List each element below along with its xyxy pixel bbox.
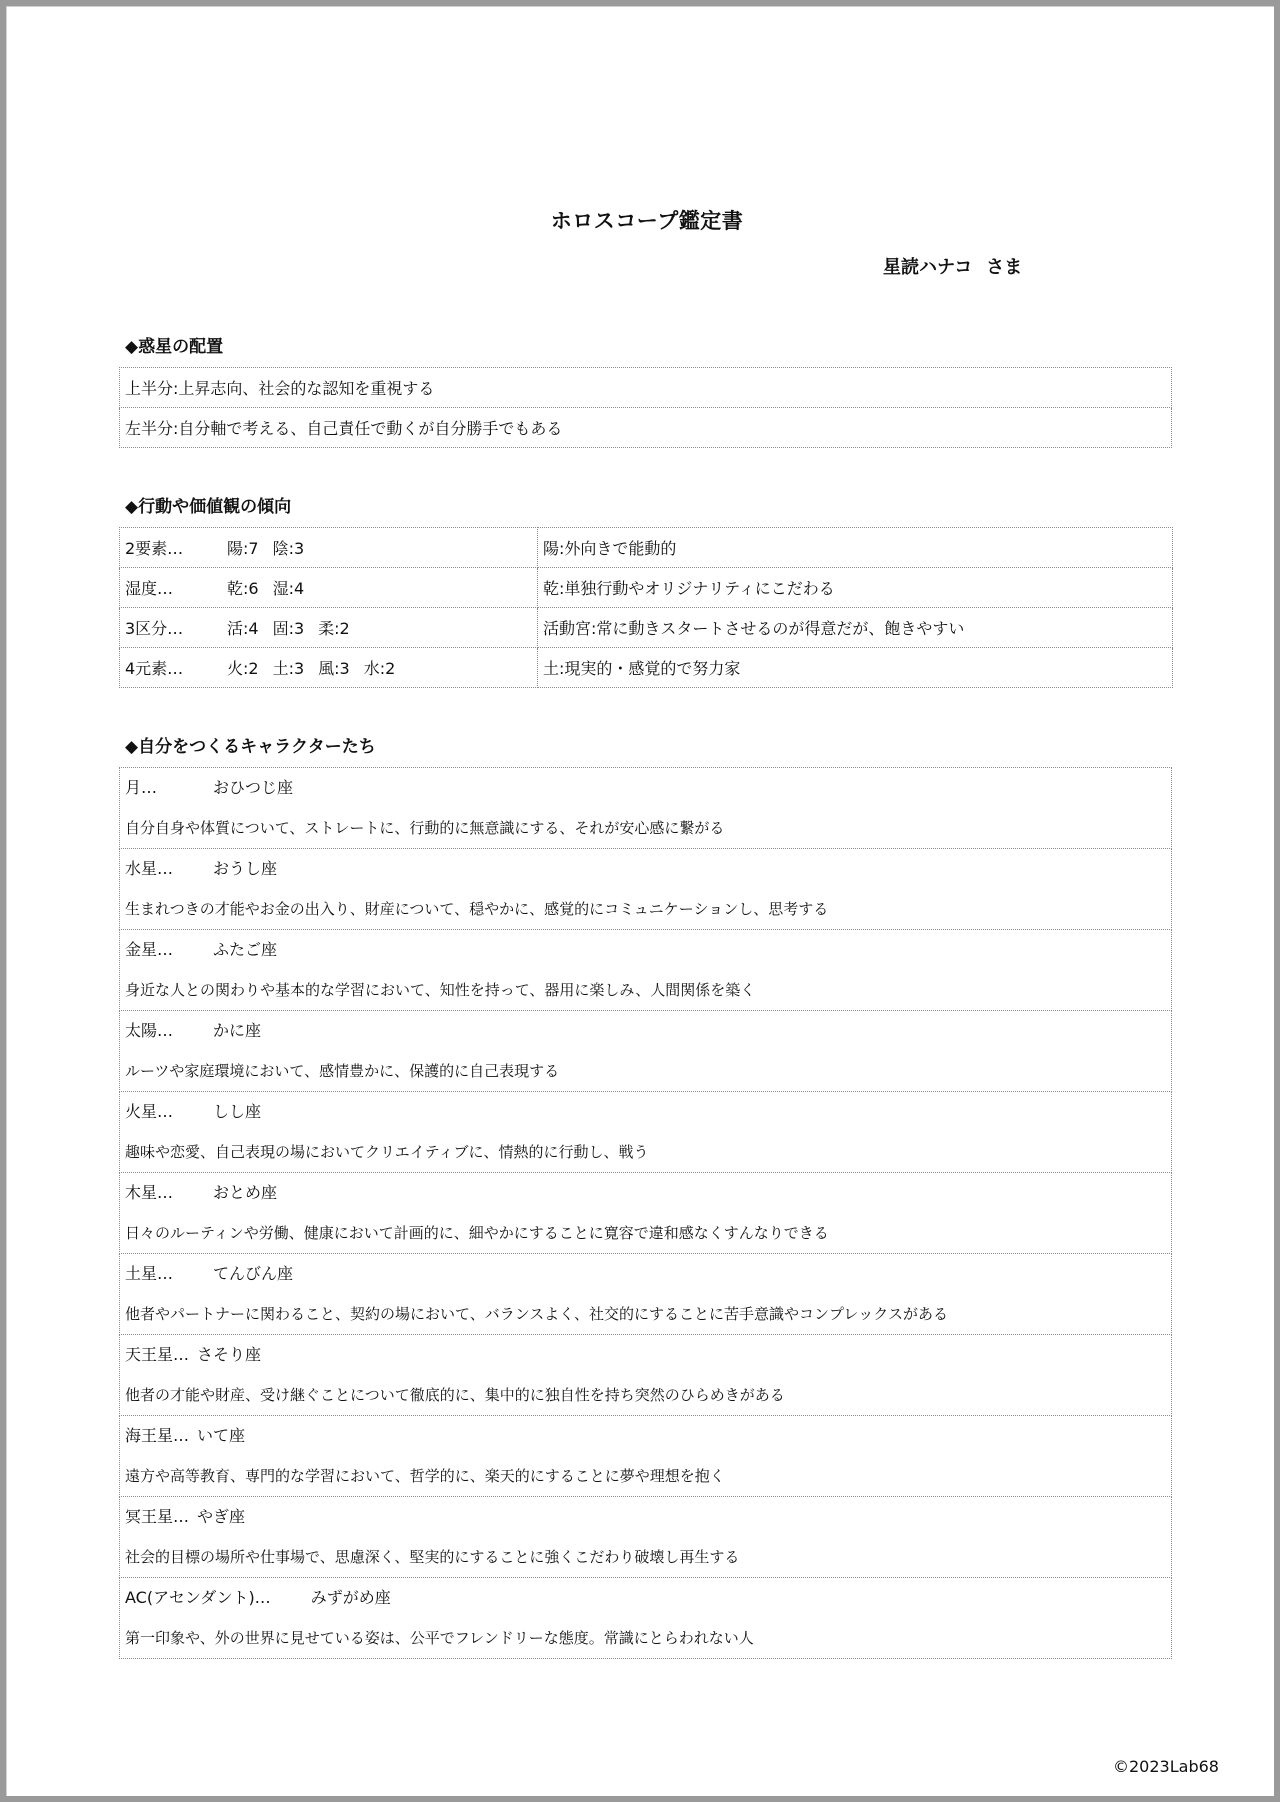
character-description: 社会的目標の場所や仕事場で、思慮深く、堅実的にすることに強くこだわり破壊し再生す…: [125, 1537, 1166, 1577]
tendency-description: 乾:単独行動やオリジナリティにこだわる: [538, 568, 1173, 608]
character-cell: 天王星…さそり座 他者の才能や財産、受け継ぐことについて徹底的に、集中的に独自性…: [120, 1335, 1172, 1416]
table-row: 土星…てんびん座 他者やパートナーに関わること、契約の場において、バランスよく、…: [120, 1254, 1172, 1335]
tendency-value: 固:3: [273, 619, 305, 638]
zodiac-sign: ふたご座: [213, 940, 277, 959]
zodiac-sign: てんびん座: [213, 1264, 293, 1283]
section-heading-tendencies: ◆行動や価値観の傾向: [125, 492, 291, 517]
planet-name: 木星…: [125, 1173, 213, 1213]
tendency-values-cell: 4元素…火:2土:3風:3水:2: [120, 648, 538, 688]
table-row: 冥王星…やぎ座 社会的目標の場所や仕事場で、思慮深く、堅実的にすることに強くこだ…: [120, 1497, 1172, 1578]
table-row: 火星…しし座 趣味や恋愛、自己表現の場においてクリエイティブに、情熱的に行動し、…: [120, 1092, 1172, 1173]
character-description: 遠方や高等教育、専門的な学習において、哲学的に、楽天的にすることに夢や理想を抱く: [125, 1456, 1166, 1496]
table-row: 太陽…かに座 ルーツや家庭環境において、感情豊かに、保護的に自己表現する: [120, 1011, 1172, 1092]
character-cell: 水星…おうし座 生まれつきの才能やお金の出入り、財産について、穏やかに、感覚的に…: [120, 849, 1172, 930]
zodiac-sign: いて座: [197, 1426, 245, 1445]
tendency-value: 活:4: [227, 619, 259, 638]
tendency-value: 乾:6: [227, 579, 259, 598]
tendency-value: 水:2: [364, 659, 396, 678]
table-row: AC(アセンダント)…みずがめ座 第一印象や、外の世界に見せている姿は、公平でフ…: [120, 1578, 1172, 1659]
table-row: 左半分:自分軸で考える、自己責任で動くが自分勝手でもある: [120, 408, 1172, 448]
tendency-description: 活動宮:常に動きスタートさせるのが得意だが、飽きやすい: [538, 608, 1173, 648]
characters-table: 月…おひつじ座 自分自身や体質について、ストレートに、行動的に無意識にする、それ…: [119, 767, 1172, 1659]
table-row: 水星…おうし座 生まれつきの才能やお金の出入り、財産について、穏やかに、感覚的に…: [120, 849, 1172, 930]
table-row: 4元素…火:2土:3風:3水:2 土:現実的・感覚的で努力家: [120, 648, 1173, 688]
recipient-name: 星読ハナコ: [883, 257, 972, 278]
tendencies-table: 2要素…陽:7陰:3 陽:外向きで能動的 湿度…乾:6湿:4 乾:単独行動やオリ…: [119, 527, 1173, 688]
planet-name: 月…: [125, 768, 213, 808]
planet-name: 火星…: [125, 1092, 213, 1132]
tendency-value: 陽:7: [227, 539, 259, 558]
tendency-label: 2要素…: [125, 536, 213, 559]
tendency-value: 柔:2: [318, 619, 350, 638]
character-cell: 木星…おとめ座 日々のルーティンや労働、健康において計画的に、細やかにすることに…: [120, 1173, 1172, 1254]
character-cell: AC(アセンダント)…みずがめ座 第一印象や、外の世界に見せている姿は、公平でフ…: [120, 1578, 1172, 1659]
planet-name: 太陽…: [125, 1011, 213, 1051]
character-cell: 海王星…いて座 遠方や高等教育、専門的な学習において、哲学的に、楽天的にすること…: [120, 1416, 1172, 1497]
tendency-value: 土:3: [273, 659, 305, 678]
zodiac-sign: やぎ座: [197, 1507, 245, 1526]
character-description: 生まれつきの才能やお金の出入り、財産について、穏やかに、感覚的にコミュニケーショ…: [125, 889, 1166, 929]
table-row: 湿度…乾:6湿:4 乾:単独行動やオリジナリティにこだわる: [120, 568, 1173, 608]
planet-name: 天王星…: [125, 1335, 189, 1375]
copyright: ©2023Lab68: [1113, 1757, 1219, 1776]
zodiac-sign: おひつじ座: [213, 778, 293, 797]
tendency-values-cell: 湿度…乾:6湿:4: [120, 568, 538, 608]
planet-name: 海王星…: [125, 1416, 189, 1456]
planet-name: 水星…: [125, 849, 213, 889]
document-page: ホロスコープ鑑定書 星読ハナコさま ◆惑星の配置 上半分:上昇志向、社会的な認知…: [6, 6, 1274, 1796]
section-heading-characters: ◆自分をつくるキャラクターたち: [125, 732, 376, 757]
table-row: 月…おひつじ座 自分自身や体質について、ストレートに、行動的に無意識にする、それ…: [120, 768, 1172, 849]
recipient: 星読ハナコさま: [883, 253, 1022, 279]
character-description: 第一印象や、外の世界に見せている姿は、公平でフレンドリーな態度。常識にとらわれな…: [125, 1618, 1166, 1658]
character-description: 趣味や恋愛、自己表現の場においてクリエイティブに、情熱的に行動し、戦う: [125, 1132, 1166, 1172]
tendency-values-cell: 3区分…活:4固:3柔:2: [120, 608, 538, 648]
table-row: 天王星…さそり座 他者の才能や財産、受け継ぐことについて徹底的に、集中的に独自性…: [120, 1335, 1172, 1416]
section-heading-planet-placement: ◆惑星の配置: [125, 332, 223, 357]
tendency-label: 湿度…: [125, 576, 213, 599]
table-row: 海王星…いて座 遠方や高等教育、専門的な学習において、哲学的に、楽天的にすること…: [120, 1416, 1172, 1497]
tendency-description: 土:現実的・感覚的で努力家: [538, 648, 1173, 688]
character-cell: 冥王星…やぎ座 社会的目標の場所や仕事場で、思慮深く、堅実的にすることに強くこだ…: [120, 1497, 1172, 1578]
character-description: 自分自身や体質について、ストレートに、行動的に無意識にする、それが安心感に繋がる: [125, 808, 1166, 848]
tendency-values-cell: 2要素…陽:7陰:3: [120, 528, 538, 568]
tendency-label: 4元素…: [125, 656, 213, 679]
planet-name: AC(アセンダント)…: [125, 1578, 271, 1618]
tendency-value: 火:2: [227, 659, 259, 678]
placement-cell: 左半分:自分軸で考える、自己責任で動くが自分勝手でもある: [120, 408, 1172, 448]
zodiac-sign: おうし座: [213, 859, 277, 878]
character-description: 身近な人との関わりや基本的な学習において、知性を持って、器用に楽しみ、人間関係を…: [125, 970, 1166, 1010]
planet-placement-table: 上半分:上昇志向、社会的な認知を重視する 左半分:自分軸で考える、自己責任で動く…: [119, 367, 1172, 448]
planet-name: 土星…: [125, 1254, 213, 1294]
zodiac-sign: みずがめ座: [311, 1588, 391, 1607]
table-row: 金星…ふたご座 身近な人との関わりや基本的な学習において、知性を持って、器用に楽…: [120, 930, 1172, 1011]
planet-name: 冥王星…: [125, 1497, 189, 1537]
character-cell: 月…おひつじ座 自分自身や体質について、ストレートに、行動的に無意識にする、それ…: [120, 768, 1172, 849]
character-cell: 太陽…かに座 ルーツや家庭環境において、感情豊かに、保護的に自己表現する: [120, 1011, 1172, 1092]
document-title: ホロスコープ鑑定書: [7, 205, 1280, 235]
tendency-description: 陽:外向きで能動的: [538, 528, 1173, 568]
placement-cell: 上半分:上昇志向、社会的な認知を重視する: [120, 368, 1172, 408]
tendency-label: 3区分…: [125, 616, 213, 639]
character-description: ルーツや家庭環境において、感情豊かに、保護的に自己表現する: [125, 1051, 1166, 1091]
planet-name: 金星…: [125, 930, 213, 970]
zodiac-sign: さそり座: [197, 1345, 261, 1364]
character-description: 日々のルーティンや労働、健康において計画的に、細やかにすることに寛容で違和感なく…: [125, 1213, 1166, 1253]
character-cell: 金星…ふたご座 身近な人との関わりや基本的な学習において、知性を持って、器用に楽…: [120, 930, 1172, 1011]
tendency-value: 風:3: [318, 659, 350, 678]
zodiac-sign: おとめ座: [213, 1183, 277, 1202]
character-description: 他者の才能や財産、受け継ぐことについて徹底的に、集中的に独自性を持ち突然のひらめ…: [125, 1375, 1166, 1415]
tendency-value: 陰:3: [273, 539, 305, 558]
table-row: 2要素…陽:7陰:3 陽:外向きで能動的: [120, 528, 1173, 568]
character-cell: 土星…てんびん座 他者やパートナーに関わること、契約の場において、バランスよく、…: [120, 1254, 1172, 1335]
zodiac-sign: しし座: [213, 1102, 261, 1121]
recipient-honorific: さま: [986, 257, 1022, 278]
zodiac-sign: かに座: [213, 1021, 261, 1040]
table-row: 木星…おとめ座 日々のルーティンや労働、健康において計画的に、細やかにすることに…: [120, 1173, 1172, 1254]
tendency-value: 湿:4: [273, 579, 305, 598]
character-description: 他者やパートナーに関わること、契約の場において、バランスよく、社交的にすることに…: [125, 1294, 1166, 1334]
table-row: 3区分…活:4固:3柔:2 活動宮:常に動きスタートさせるのが得意だが、飽きやす…: [120, 608, 1173, 648]
table-row: 上半分:上昇志向、社会的な認知を重視する: [120, 368, 1172, 408]
character-cell: 火星…しし座 趣味や恋愛、自己表現の場においてクリエイティブに、情熱的に行動し、…: [120, 1092, 1172, 1173]
